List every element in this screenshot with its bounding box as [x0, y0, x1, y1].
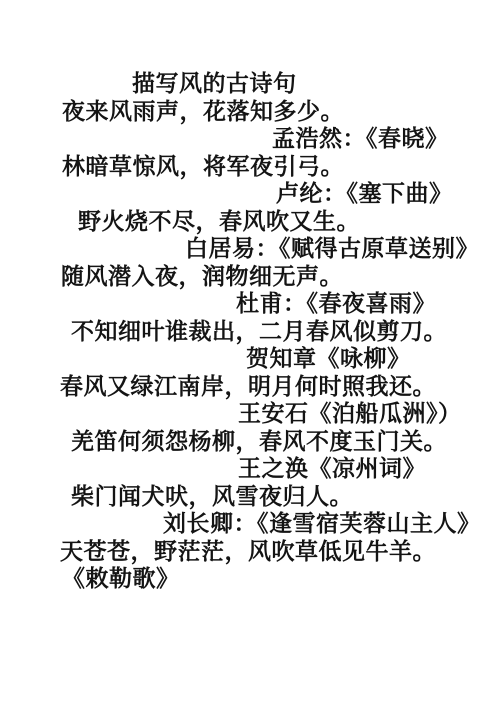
poem-verse-line: 夜来风雨声，花落知多少。	[62, 98, 496, 126]
attribution-line: 杜甫：《春夜喜雨》	[236, 290, 496, 318]
poem-verse-line: 柴门闻犬吠，风雪夜归人。	[71, 483, 496, 511]
document-body: 描写风的古诗句夜来风雨声，花落知多少。孟浩然：《春晓》林暗草惊风，将军夜引弓。卢…	[0, 70, 496, 593]
attribution-line: 孟浩然：《春晓》	[272, 125, 496, 153]
document-page: 描写风的古诗句夜来风雨声，花落知多少。孟浩然：《春晓》林暗草惊风，将军夜引弓。卢…	[0, 0, 496, 702]
poem-verse-line: 天苍苍，野茫茫，风吹草低见牛羊。	[60, 538, 496, 566]
attribution-line: 王之涣《凉州词》	[238, 455, 496, 483]
document-title: 描写风的古诗句	[132, 70, 496, 98]
poem-verse-line: 林暗草惊风，将军夜引弓。	[62, 153, 496, 181]
poem-verse-line: 《敕勒歌》	[62, 565, 496, 593]
attribution-line: 刘长卿：《逢雪宿芙蓉山主人》	[163, 510, 496, 538]
attribution-line: 贺知章《咏柳》	[246, 345, 496, 373]
attribution-line: 王安石《泊船瓜洲》）	[238, 400, 496, 428]
poem-verse-line: 羌笛何须怨杨柳，春风不度玉门关。	[71, 428, 496, 456]
attribution-line: 白居易：《赋得古原草送别》	[185, 235, 496, 263]
poem-verse-line: 野火烧不尽，春风吹又生。	[78, 208, 496, 236]
poem-verse-line: 春风又绿江南岸，明月何时照我还。	[60, 373, 496, 401]
attribution-line: 卢纶：《塞下曲》	[276, 180, 496, 208]
poem-verse-line: 不知细叶谁裁出，二月春风似剪刀。	[71, 318, 496, 346]
poem-verse-line: 随风潜入夜，润物细无声。	[61, 263, 496, 291]
